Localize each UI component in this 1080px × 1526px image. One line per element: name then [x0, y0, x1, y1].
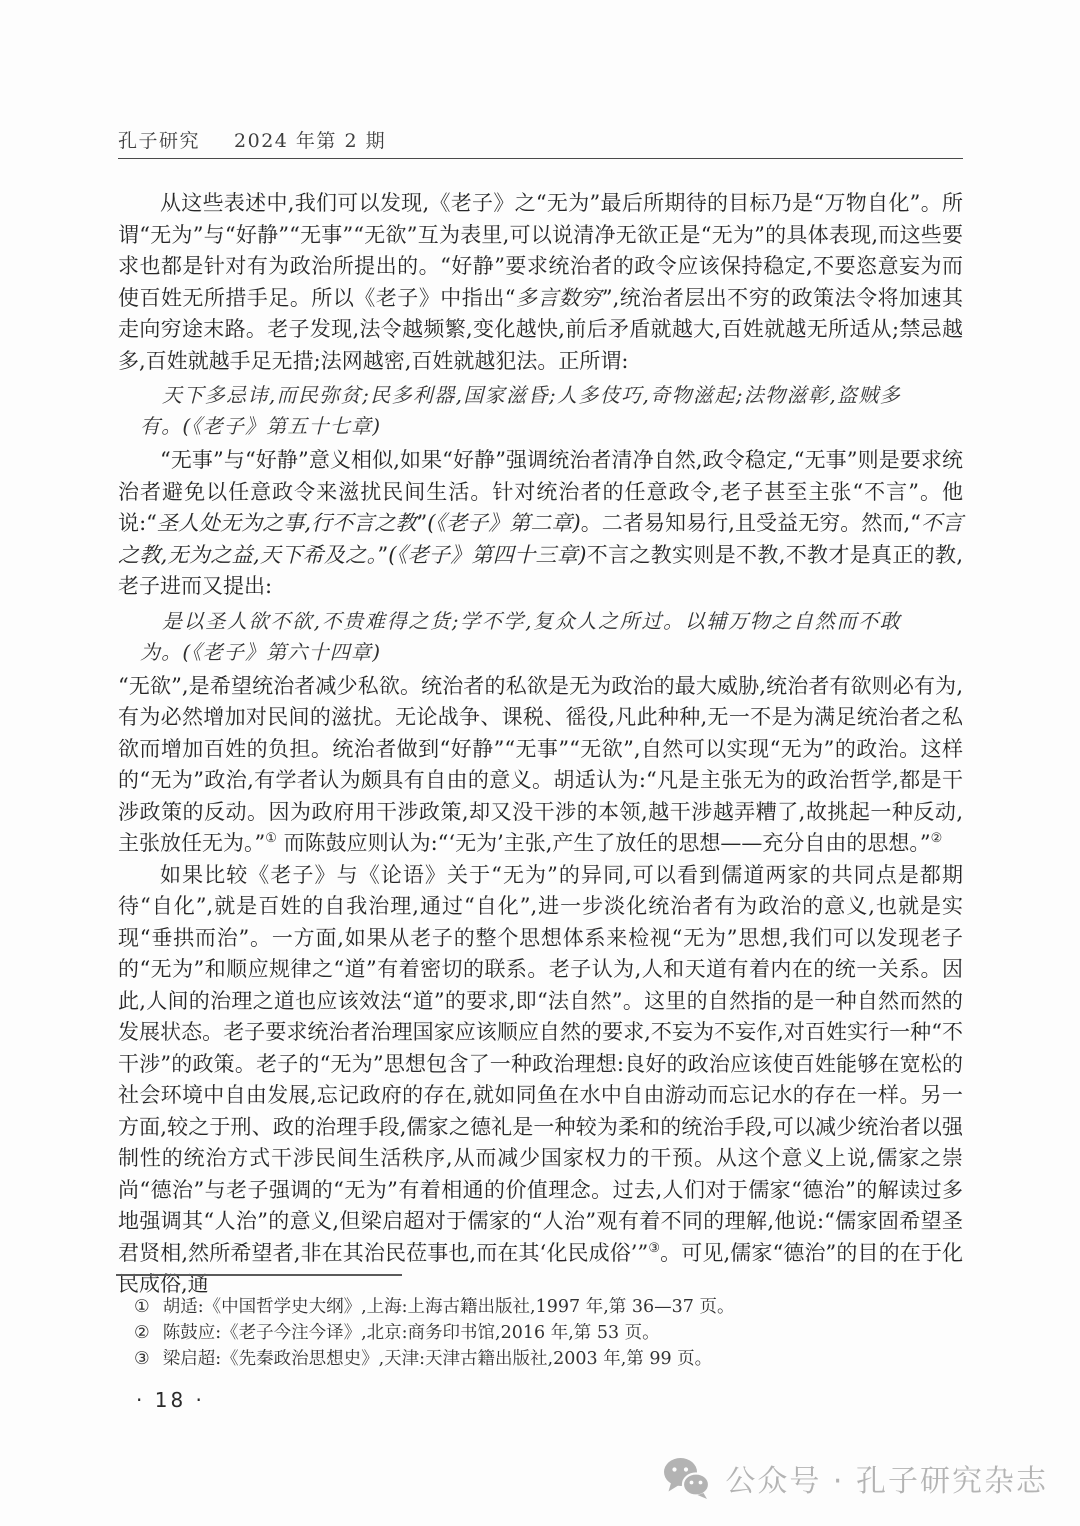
footnote-number: ③ — [134, 1346, 150, 1372]
text-segment: 而陈鼓应则认为:“‘无为’主张,产生了放任的思想——充分自由的思想。” — [277, 831, 931, 855]
footnote-text: 胡适:《中国哲学史大纲》,上海:上海古籍出版社,1997 年,第 36—37 页… — [163, 1294, 735, 1320]
text-segment: ” — [417, 511, 428, 535]
body-paragraph: “无欲”,是希望统治者减少私欲。统治者的私欲是无为政治的最大威胁,统治者有欲则必… — [118, 671, 963, 860]
footnote-marker: ③ — [648, 1241, 660, 1256]
footnote-marker: ② — [931, 831, 943, 846]
footnote-number: ① — [134, 1294, 150, 1320]
text-segment: “无欲”,是希望统治者减少私欲。统治者的私欲是无为政治的最大威胁,统治者有欲则必… — [118, 674, 963, 856]
footnote-item: ①胡适:《中国哲学史大纲》,上海:上海古籍出版社,1997 年,第 36—37 … — [134, 1294, 964, 1320]
body-paragraph: “无事”与“好静”意义相似,如果“好静”强调统治者清净自然,政令稳定,“无事”则… — [118, 445, 963, 603]
text-segment: 是以圣人欲不欲,不贵难得之货;学不学,复众人之所过。以辅万物之自然而不敢为。(《… — [140, 609, 901, 664]
running-head: 孔子研究2024 年第 2 期 — [118, 126, 963, 153]
body-paragraph: 从这些表述中,我们可以发现,《老子》之“无为”最后所期待的目标乃是“万物自化”。… — [118, 188, 963, 377]
article-body: 从这些表述中,我们可以发现,《老子》之“无为”最后所期待的目标乃是“万物自化”。… — [118, 188, 963, 1301]
journal-issue: 2024 年第 2 期 — [234, 130, 386, 152]
text-segment: 多言数穷 — [515, 286, 601, 310]
text-segment: 天下多忌讳,而民弥贫;民多利器,国家滋昏;人多伎巧,奇物滋起;法物滋彰,盗贼多有… — [140, 383, 901, 438]
footnote-text: 梁启超:《先秦政治思想史》,天津:天津古籍出版社,2003 年,第 99 页。 — [163, 1346, 712, 1372]
text-segment: 。二者易知易行,且受益无穷。然而,“ — [581, 511, 921, 535]
journal-page-scan: 孔子研究2024 年第 2 期 从这些表述中,我们可以发现,《老子》之“无为”最… — [0, 0, 1080, 1526]
text-segment: (《老子》第二章) — [427, 511, 580, 535]
footnote-number: ② — [134, 1320, 150, 1346]
text-segment: ” — [377, 543, 388, 567]
wechat-icon — [663, 1457, 711, 1499]
text-segment: 如果比较《老子》与《论语》关于“无为”的异同,可以看到儒道两家的共同点是都期待“… — [118, 863, 963, 1265]
watermark-label: 公众号 · 孔子研究杂志 — [725, 1456, 1048, 1500]
footnote-marker: ① — [265, 831, 277, 846]
page-number: · 18 · — [136, 1388, 205, 1412]
footnote-item: ②陈鼓应:《老子今注今译》,北京:商务印书馆,2016 年,第 53 页。 — [134, 1320, 964, 1346]
footnote-text: 陈鼓应:《老子今注今译》,北京:商务印书馆,2016 年,第 53 页。 — [163, 1320, 660, 1346]
footnotes-list: ①胡适:《中国哲学史大纲》,上海:上海古籍出版社,1997 年,第 36—37 … — [134, 1294, 964, 1372]
text-segment: (《老子》第四十三章) — [388, 543, 586, 567]
header-rule — [118, 158, 963, 159]
block-quote: 是以圣人欲不欲,不贵难得之货;学不学,复众人之所过。以辅万物之自然而不敢为。(《… — [140, 606, 901, 668]
wechat-watermark: 公众号 · 孔子研究杂志 — [663, 1456, 1048, 1500]
journal-title: 孔子研究 — [118, 130, 200, 152]
body-paragraph: 如果比较《老子》与《论语》关于“无为”的异同,可以看到儒道两家的共同点是都期待“… — [118, 860, 963, 1301]
footnote-item: ③梁启超:《先秦政治思想史》,天津:天津古籍出版社,2003 年,第 99 页。 — [134, 1346, 964, 1372]
block-quote: 天下多忌讳,而民弥贫;民多利器,国家滋昏;人多伎巧,奇物滋起;法物滋彰,盗贼多有… — [140, 380, 901, 442]
text-segment: 圣人处无为之事,行不言之教 — [157, 511, 417, 535]
footnote-separator-rule — [116, 1274, 402, 1276]
